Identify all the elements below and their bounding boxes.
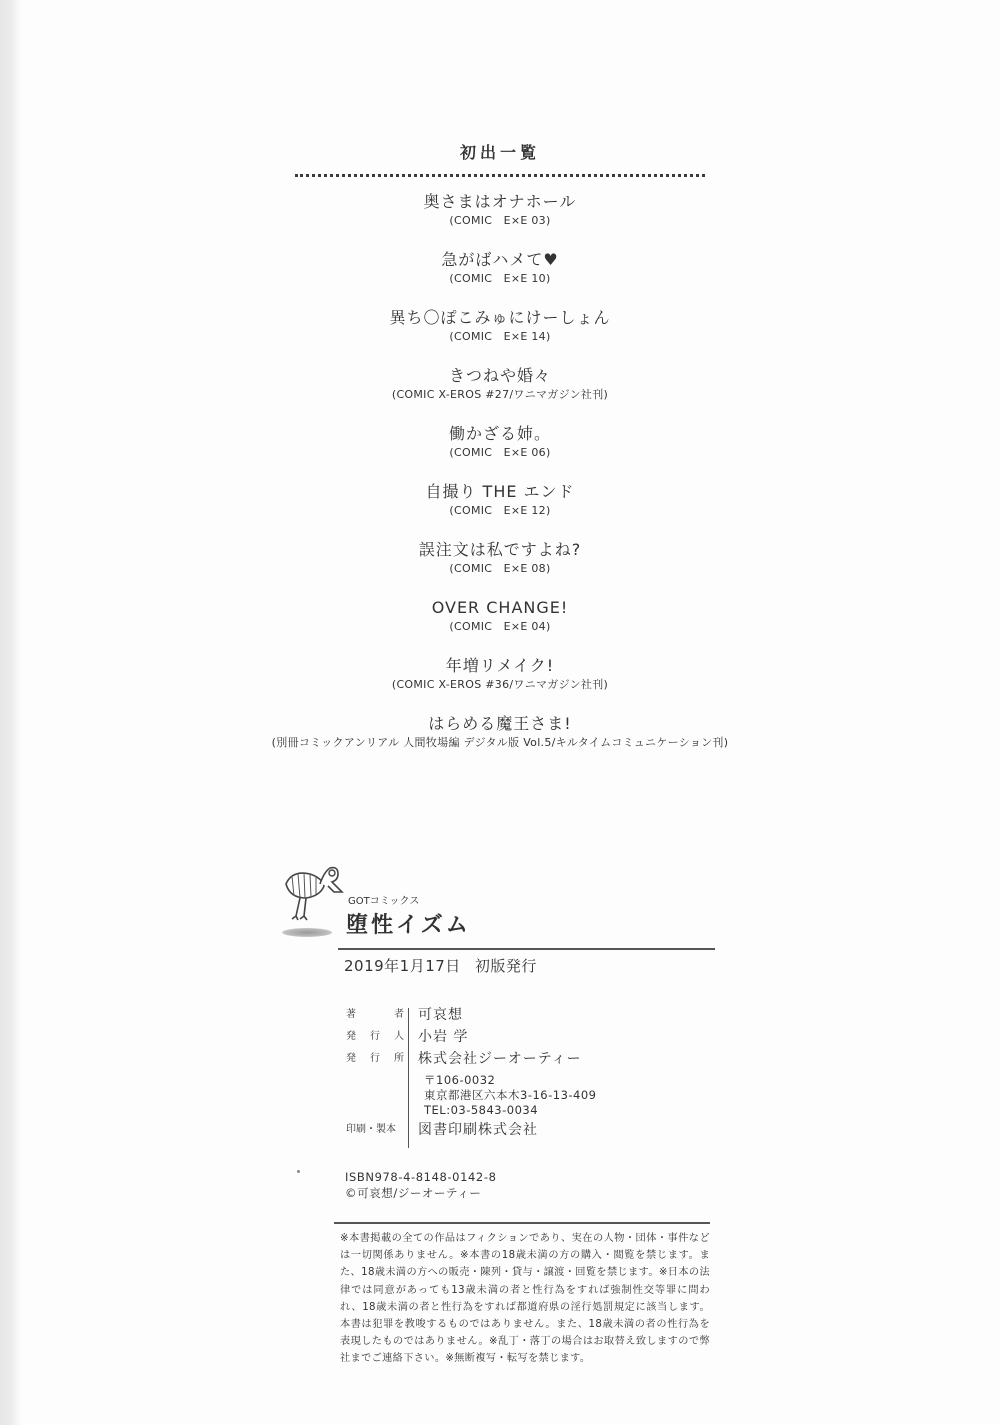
credit-publisher: 発行所 株式会社ジーオーティー	[346, 1049, 596, 1071]
credit-value: 可哀想	[418, 1005, 463, 1026]
credit-value: 小岩 学	[418, 1027, 468, 1048]
isbn: ISBN978-4-8148-0142-8	[345, 1169, 497, 1185]
series-label: GOTコミックス	[348, 892, 419, 907]
legal-notice: ※本書掲載の全ての作品はフィクションであり、実在の人物・団体・事件などは一切関係…	[340, 1230, 710, 1368]
bird-mascot-icon	[278, 862, 348, 922]
colophon: GOTコミックス 堕性イズム 2019年1月17日初版発行 著者 可哀想 発行人…	[0, 0, 1000, 1425]
credit-label: 発行所	[346, 1049, 404, 1066]
isbn-block: ISBN978-4-8148-0142-8 ©可哀想/ジーオーティー	[345, 1169, 497, 1201]
edition: 初版発行	[475, 957, 537, 975]
copyright: ©可哀想/ジーオーティー	[345, 1185, 497, 1201]
telephone: TEL:03-5843-0034	[424, 1103, 596, 1118]
credit-value: 図書印刷株式会社	[418, 1120, 538, 1141]
title-divider	[338, 948, 715, 950]
credit-value: 株式会社ジーオーティー	[418, 1049, 582, 1070]
credit-printer: 印刷・製本 図書印刷株式会社	[346, 1120, 596, 1142]
credit-label: 印刷・製本	[346, 1120, 404, 1137]
credits: 著者 可哀想 発行人 小岩 学 発行所 株式会社ジーオーティー 〒106-003…	[346, 1005, 596, 1142]
credit-publisher-person: 発行人 小岩 学	[346, 1027, 596, 1049]
street-address: 東京都港区六本木3-16-13-409	[424, 1088, 596, 1103]
book-title: 堕性イズム	[346, 912, 471, 940]
date: 2019年1月17日	[344, 957, 461, 975]
credit-author: 著者 可哀想	[346, 1005, 596, 1027]
scan-speck	[297, 1170, 300, 1173]
mascot-shadow	[282, 928, 332, 937]
notice-divider	[334, 1222, 710, 1224]
credit-label: 発行人	[346, 1027, 404, 1044]
publisher-address: 〒106-0032 東京都港区六本木3-16-13-409 TEL:03-584…	[418, 1073, 596, 1118]
credit-label: 著者	[346, 1005, 404, 1022]
publication-date: 2019年1月17日初版発行	[344, 955, 537, 976]
postal-code: 〒106-0032	[424, 1073, 596, 1088]
